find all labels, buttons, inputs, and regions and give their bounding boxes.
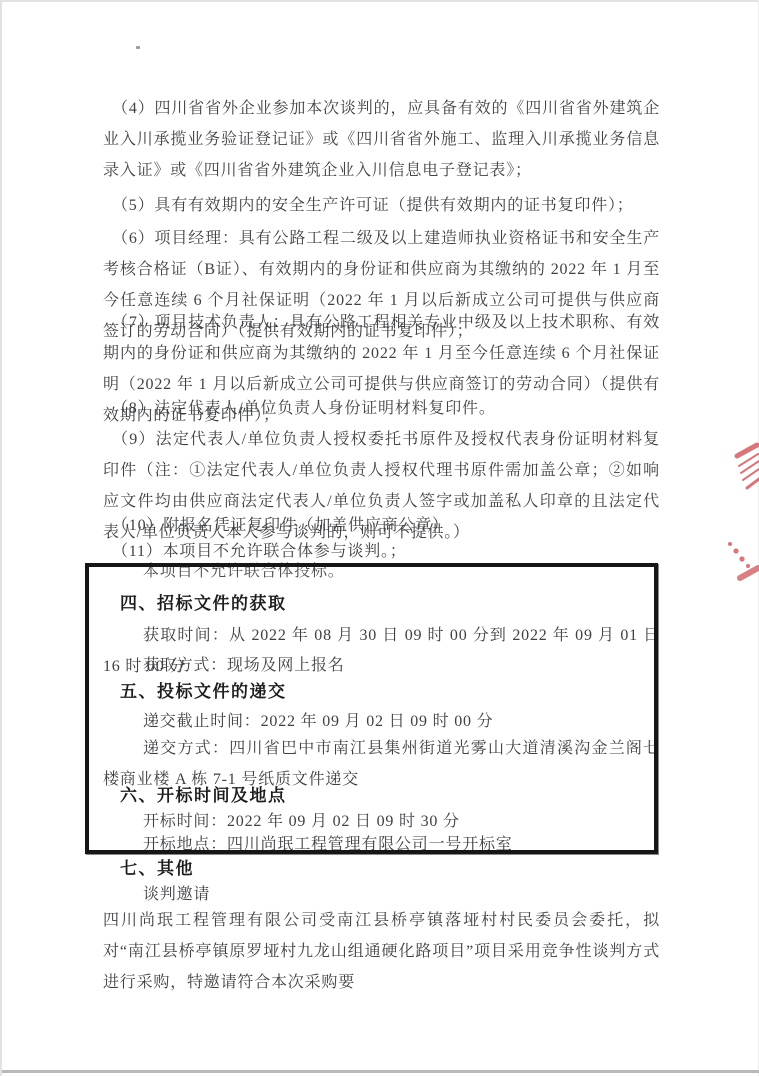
scanned-document-page: （4）四川省省外企业参加本次谈判的，应具备有效的《四川省省外建筑企业入川承揽业务… bbox=[0, 0, 759, 1076]
section-heading-obtain-documents: 四、招标文件的获取 bbox=[120, 588, 660, 619]
page-edge-top bbox=[0, 0, 759, 2]
struck-out-line: 本项目不允许联合体投标。 bbox=[143, 556, 643, 587]
section-heading-bid-submission: 五、投标文件的递交 bbox=[120, 676, 660, 707]
scan-speck bbox=[136, 46, 140, 49]
requirement-item-4: （4）四川省省外企业参加本次谈判的，应具备有效的《四川省省外建筑企业入川承揽业务… bbox=[103, 93, 660, 186]
closing-paragraph: 四川尚珉工程管理有限公司受南江县桥亭镇落垭村村民委员会委托，拟对“南江县桥亭镇原… bbox=[103, 905, 660, 998]
page-edge-bottom bbox=[2, 1070, 759, 1073]
red-stamp-fragment-top bbox=[727, 442, 759, 504]
red-stamp-fragment-bottom bbox=[722, 536, 759, 592]
requirement-item-5: （5）具有有效期内的安全生产许可证（提供有效期内的证书复印件）； bbox=[103, 190, 660, 221]
page-edge-left bbox=[0, 0, 2, 1076]
requirement-item-8: （8）法定代表人/单位负责人身份证明材料复印件。 bbox=[103, 393, 660, 424]
